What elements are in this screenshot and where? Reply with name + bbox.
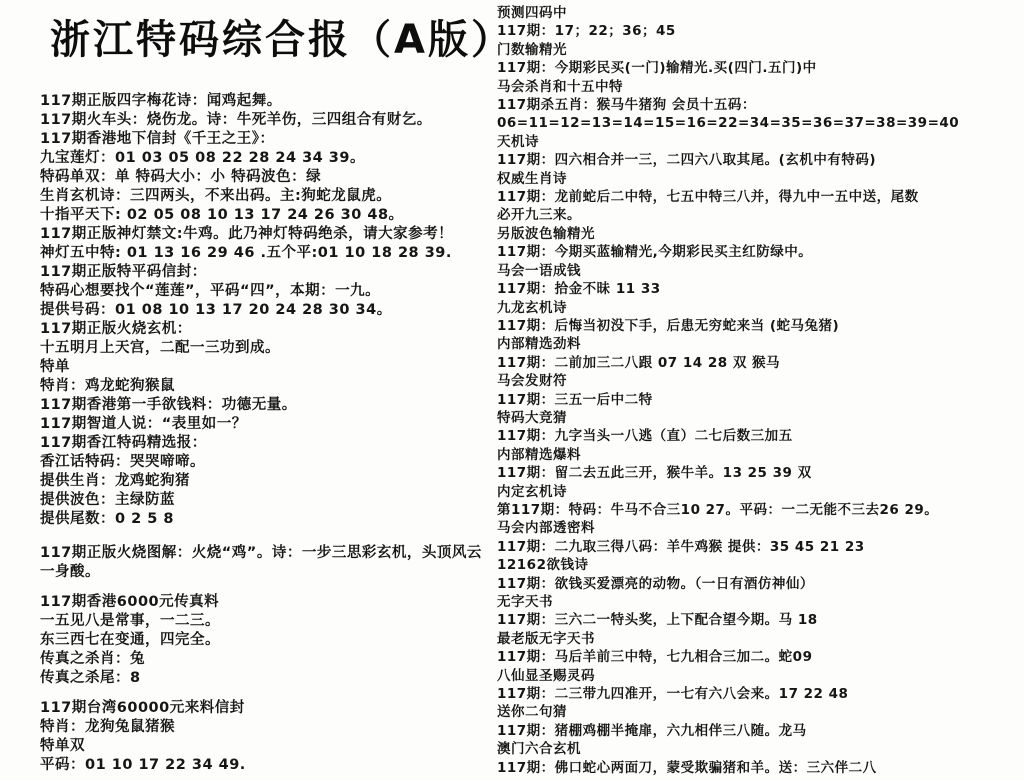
text-line: 传真之杀肖：兔 [40,650,510,669]
text-line: 117期：今期彩民买(一门)输精光.买(四门.五门)中 [497,59,1024,77]
text-line: 特码大竞猜 [497,409,1024,427]
text-line: 117期香港第一手欲钱料：功德无量。 [40,396,510,415]
text-block: 117期正版火烧图解：火烧“鸡”。诗：一步三思彩玄机，头顶风云一身酸。 [40,544,510,582]
text-line: 内部精选爆料 [497,446,1024,464]
text-line: 117期正版火烧玄机： [40,320,510,339]
text-line: 特肖：龙狗兔鼠猪猴 [40,718,510,737]
text-line: 内部精选劲料 [497,335,1024,353]
text-line: 特码心想要找个“莲莲”，平码“四”，本期：一九。 [40,282,510,301]
text-line: 117期：龙前蛇后二中特，七五中特三八并，得九中一五中送，尾数 [497,188,1024,206]
text-line: 117期正版特平码信封： [40,263,510,282]
text-line: 117期正版神灯禁文:牛鸡。此乃神灯特码绝杀，请大家参考！ [40,225,510,244]
text-line: 提供生肖：龙鸡蛇狗猪 [40,472,510,491]
text-line: 十指平天下: 02 05 08 10 13 17 24 26 30 48。 [40,206,510,225]
text-line: 提供尾数：0 2 5 8 [40,510,510,529]
text-line: 必开九三来。 [497,206,1024,224]
newspaper-page: 浙江特码综合报（A版） 117期正版四字梅花诗：闻鸡起舞。117期火车头：烧伤龙… [0,0,1024,780]
text-line: 另版波色输精光 [497,225,1024,243]
text-line: 117期香港地下信封《千王之王》： [40,130,510,149]
text-line: 特单 [40,358,510,377]
text-line: 117期：留二去五此三开，猴牛羊。13 25 39 双 [497,464,1024,482]
right-column: 预测四码中117期：17；22；36；45门数输精光117期：今期彩民买(一门)… [497,4,1024,777]
text-line: 117期：后悔当初没下手，后患无穷蛇来当 (蛇马兔猪) [497,317,1024,335]
text-line: 生肖玄机诗：三四两头，不来出码。主:狗蛇龙鼠虎。 [40,187,510,206]
text-line: 东三西七在变通，四完全。 [40,631,510,650]
text-line: 十五明月上天宫，二配一三功到成。 [40,339,510,358]
text-line: 一五见八是常事，一二三。 [40,612,510,631]
text-line: 117期：九字当头一八逃（直）二七后数三加五 [497,427,1024,445]
text-line: 马会一语成钱 [497,262,1024,280]
text-line: 117期：二九取三得八码：羊牛鸡猴 提供：35 45 21 23 [497,538,1024,556]
text-line: 九龙玄机诗 [497,299,1024,317]
text-line: 传真之杀尾：8 [40,669,510,688]
text-line: 特码单双：单 特码大小：小 特码波色：绿 [40,168,510,187]
text-line: 无字天书 [497,593,1024,611]
text-block: 117期台湾60000元来料信封特肖：龙狗兔鼠猪猴特单双平码：01 10 17 … [40,699,510,775]
text-line: 特单双 [40,737,510,756]
text-line: 一身酸。 [40,563,510,582]
text-line: 八仙显圣赐灵码 [497,667,1024,685]
text-line: 门数输精光 [497,41,1024,59]
text-line: 香江话特码：哭哭啼啼。 [40,453,510,472]
text-block: 117期香港6000元传真料一五见八是常事，一二三。东三西七在变通，四完全。传真… [40,593,510,688]
text-line: 马会内部透密料 [497,519,1024,537]
text-line: 117期：今期买蓝输精光,今期彩民买主红防绿中。 [497,243,1024,261]
left-column: 117期正版四字梅花诗：闻鸡起舞。117期火车头：烧伤龙。诗：牛死羊伤，三四组合… [40,92,510,780]
text-line: 117期：欲钱买爱漂亮的动物。（一日有酒仿神仙） [497,575,1024,593]
text-line: 内定玄机诗 [497,483,1024,501]
text-line: 九宝莲灯：01 03 05 08 22 28 24 34 39。 [40,149,510,168]
text-line: 神灯五中特: 01 13 16 29 46 .五个平:01 10 18 28 3… [40,244,510,263]
text-line: 权威生肖诗 [497,170,1024,188]
text-line: 117期正版四字梅花诗：闻鸡起舞。 [40,92,510,111]
text-line: 117期：马后羊前三中特，七九相合三加二。蛇09 [497,648,1024,666]
text-line: 提供波色：主绿防蓝 [40,491,510,510]
text-line: 天机诗 [497,133,1024,151]
text-line: 特肖：鸡龙蛇狗猴鼠 [40,377,510,396]
text-line: 117期：佛口蛇心两面刀，蒙受欺骗猪和羊。送：三六伴二八 [497,759,1024,777]
text-line: 马会杀肖和十五中特 [497,78,1024,96]
text-line: 117期正版火烧图解：火烧“鸡”。诗：一步三思彩玄机，头顶风云 [40,544,510,563]
text-line: 117期杀五肖：猴马牛猪狗 会员十五码： [497,96,1024,114]
text-line: 117期：拾金不昧 11 33 [497,280,1024,298]
text-line: 12162欲钱诗 [497,556,1024,574]
text-line: 117期香港6000元传真料 [40,593,510,612]
text-line: 第117期：特码：牛马不合三10 27。平码：一二无能不三去26 29。 [497,501,1024,519]
text-line: 送你二句猜 [497,703,1024,721]
text-line: 澳门六合玄机 [497,740,1024,758]
text-line: 提供号码：01 08 10 13 17 20 24 28 30 34。 [40,301,510,320]
page-title: 浙江特码综合报（A版） [50,8,514,65]
text-line: 117期火车头：烧伤龙。诗：牛死羊伤，三四组合有财乞。 [40,111,510,130]
text-line: 117期：三五一后中二特 [497,391,1024,409]
text-line: 117期智道人说：“表里如一？ [40,415,510,434]
text-line: 预测四码中 [497,4,1024,22]
text-line: 117期：猪棚鸡棚半掩扉，六九相伴三八随。龙马 [497,722,1024,740]
text-line: 117期：二三带九四准开，一七有六八会来。17 22 48 [497,685,1024,703]
text-line: 马会发财符 [497,372,1024,390]
text-line: 117期香江特码精选报： [40,434,510,453]
text-line: 06=11=12=13=14=15=16=22=34=35=36=37=38=3… [497,114,1024,132]
text-line: 最老版无字天书 [497,630,1024,648]
text-line: 117期：三六二一特头奖，上下配合望今期。马 18 [497,611,1024,629]
text-line: 117期：17；22；36；45 [497,22,1024,40]
text-line: 117期：四六相合并一三，二四六八取其尾。(玄机中有特码) [497,151,1024,169]
text-block: 117期正版四字梅花诗：闻鸡起舞。117期火车头：烧伤龙。诗：牛死羊伤，三四组合… [40,92,510,529]
text-line: 117期：二前加三二八跟 07 14 28 双 猴马 [497,354,1024,372]
text-line: 平码：01 10 17 22 34 49. [40,756,510,775]
text-line: 117期台湾60000元来料信封 [40,699,510,718]
